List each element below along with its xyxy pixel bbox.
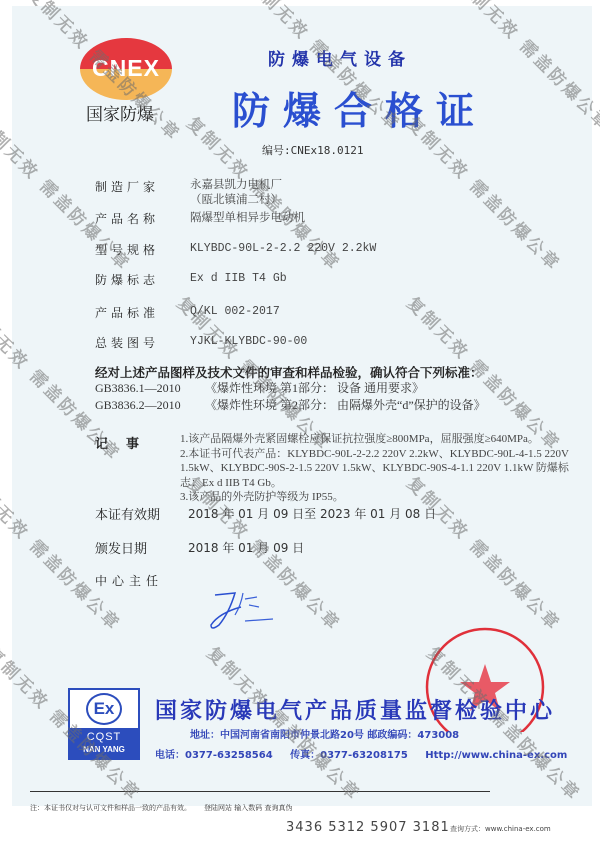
standard-title: 《爆炸性环境 第1部分： 设备 通用要求》 [205, 381, 424, 395]
drawing-number-value: YJKL-KLYBDC-90-00 [190, 334, 307, 349]
model-value: KLYBDC-90L-2-2.2 220V 2.2kW [190, 241, 376, 256]
standard-item: GB3836.1—2010《爆炸性环境 第1部分： 设备 通用要求》 [95, 379, 424, 396]
drawing-number-label: 总装图号 [95, 334, 159, 351]
standard-title: 《爆炸性环境 第2部分： 由隔爆外壳“d”保护的设备》 [205, 398, 486, 412]
manufacturer-name: 永嘉县凯力电机厂 [190, 177, 282, 192]
divider [30, 791, 490, 792]
badge-cqst: CQST [70, 730, 138, 744]
ex-icon: Ex [86, 693, 122, 725]
certificate-number: 编号:CNEx18.0121 [262, 142, 363, 158]
fax: 传真：0377-63208175 [290, 750, 408, 761]
issue-date-label: 颁发日期 [95, 538, 147, 557]
issuer-name: 国家防爆电气产品质量监督检验中心 [155, 694, 555, 725]
serial-number: 3436 5312 5907 3181 [286, 820, 450, 835]
note-line: 3.该产品的外壳防护等级为 IP55。 [180, 490, 580, 505]
product-standard-label: 产品标准 [95, 304, 159, 321]
issuer-address: 地址：中国河南省南阳市仲景北路20号 邮政编码：473008 [190, 726, 459, 741]
director-label: 中心主任 [95, 572, 163, 589]
signature [205, 585, 285, 635]
notes: 1.该产品隔爆外壳紧固螺栓应保证抗拉强度≥800MPa，屈服强度≥640MPa。… [180, 432, 580, 505]
website-link[interactable]: Http://www.china-ex.com [425, 750, 567, 761]
model-label: 型号规格 [95, 241, 159, 258]
note-line: 1.该产品隔爆外壳紧固螺栓应保证抗拉强度≥800MPa，屈服强度≥640MPa。 [180, 432, 580, 447]
issuer-contact: 电话：0377-63258564 传真：0377-63208175 Http:/… [155, 746, 581, 761]
verification-hint: 登陆网站 输入数码 查询真伪 [204, 803, 292, 813]
manufacturer-address: （瓯北镇浦二村） [190, 192, 282, 207]
validity-value: 2018 年 01 月 09 日至 2023 年 01 月 08 日 [188, 505, 436, 522]
phone: 电话：0377-63258564 [155, 750, 273, 761]
cqst-badge: Ex CQST NAN YANG [68, 688, 140, 760]
cnex-logo: CNEX [80, 38, 172, 100]
badge-band: CQST NAN YANG [70, 728, 138, 758]
issue-date-value: 2018 年 01 月 09 日 [188, 539, 304, 556]
logo-caption: 国家防爆 [86, 100, 154, 125]
note-line: 2.本证书可代表产品：KLYBDC-90L-2-2.2 220V 2.2kW、K… [180, 447, 580, 491]
footer-note: 注：本证书仅对与认可文件和样品一致的产品有效。 [30, 803, 191, 813]
product-standard-value: Q/KL 002-2017 [190, 304, 280, 319]
query-link[interactable]: 查询方式：www.china-ex.com [450, 824, 551, 834]
standard-item: GB3836.2—2010《爆炸性环境 第2部分： 由隔爆外壳“d”保护的设备》 [95, 396, 486, 413]
page-title: 防爆合格证 [232, 80, 487, 135]
manufacturer-value: 永嘉县凯力电机厂 （瓯北镇浦二村） [190, 177, 282, 207]
validity-label: 本证有效期 [95, 504, 160, 523]
ex-marking-label: 防爆标志 [95, 271, 159, 288]
manufacturer-label: 制造厂家 [95, 178, 159, 195]
standard-code: GB3836.1—2010 [95, 381, 205, 396]
standard-code: GB3836.2—2010 [95, 398, 205, 413]
product-name-value: 隔爆型单相异步电动机 [190, 210, 305, 225]
ex-marking-value: Ex d IIB T4 Gb [190, 271, 287, 286]
notes-label: 记事 [95, 433, 157, 452]
product-name-label: 产品名称 [95, 210, 159, 227]
logo-text: CNEX [80, 55, 172, 82]
badge-city: NAN YANG [70, 744, 138, 755]
subtitle: 防爆电气设备 [268, 45, 412, 70]
